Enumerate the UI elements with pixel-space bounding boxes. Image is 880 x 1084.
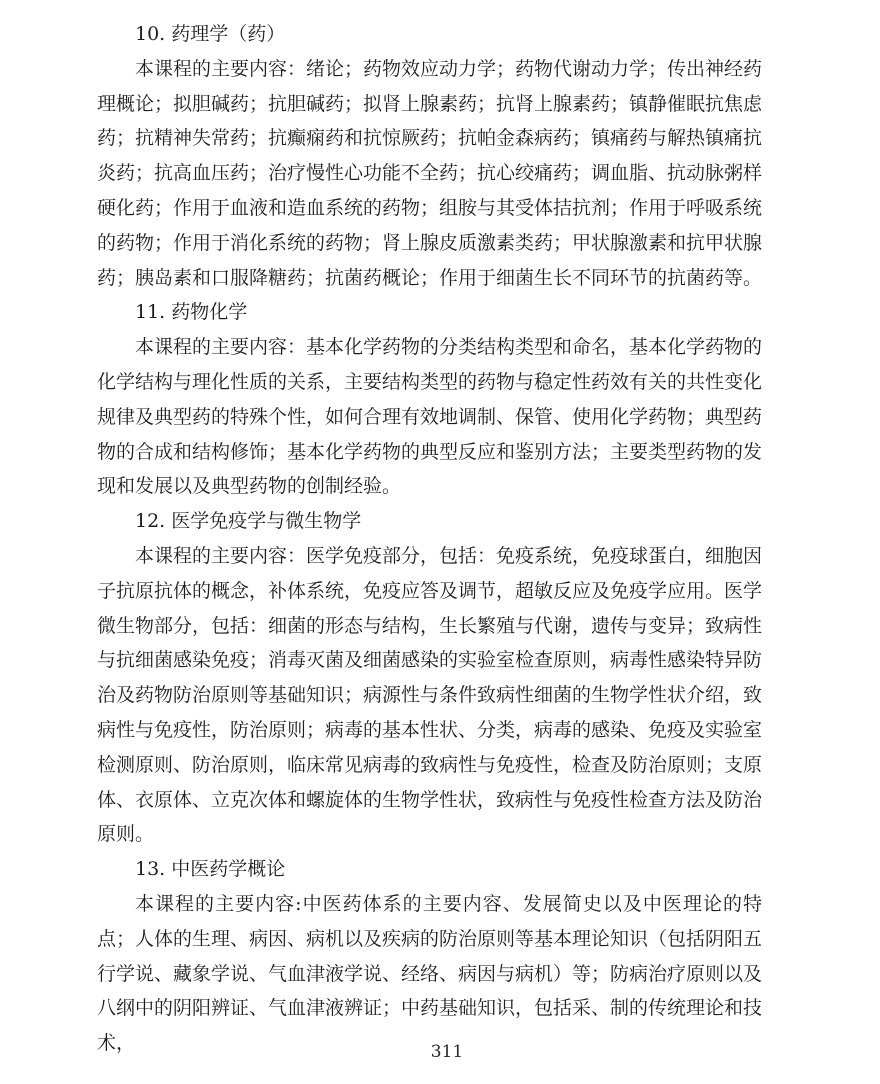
page-number: 311 bbox=[0, 1040, 880, 1064]
section-body-pharmacology: 本课程的主要内容：绪论；药物效应动力学；药物代谢动力学；传出神经药理概论；拟胆碱… bbox=[97, 52, 762, 296]
section-heading-medicinal-chemistry: 11. 药物化学 bbox=[97, 295, 762, 330]
document-text-block: 10. 药理学（药） 本课程的主要内容：绪论；药物效应动力学；药物代谢动力学；传… bbox=[97, 17, 762, 1061]
document-page: 10. 药理学（药） 本课程的主要内容：绪论；药物效应动力学；药物代谢动力学；传… bbox=[0, 0, 880, 1084]
section-body-tcm-introduction: 本课程的主要内容:中医药体系的主要内容、发展简史以及中医理论的特点；人体的生理、… bbox=[97, 887, 762, 1061]
section-body-medicinal-chemistry: 本课程的主要内容：基本化学药物的分类结构类型和命名，基本化学药物的化学结构与理化… bbox=[97, 330, 762, 504]
section-body-immunology-microbiology: 本课程的主要内容：医学免疫部分，包括：免疫系统，免疫球蛋白，细胞因子抗原抗体的概… bbox=[97, 539, 762, 852]
section-heading-pharmacology: 10. 药理学（药） bbox=[97, 17, 762, 52]
section-heading-immunology-microbiology: 12. 医学免疫学与微生物学 bbox=[97, 504, 762, 539]
section-heading-tcm-introduction: 13. 中医药学概论 bbox=[97, 852, 762, 887]
